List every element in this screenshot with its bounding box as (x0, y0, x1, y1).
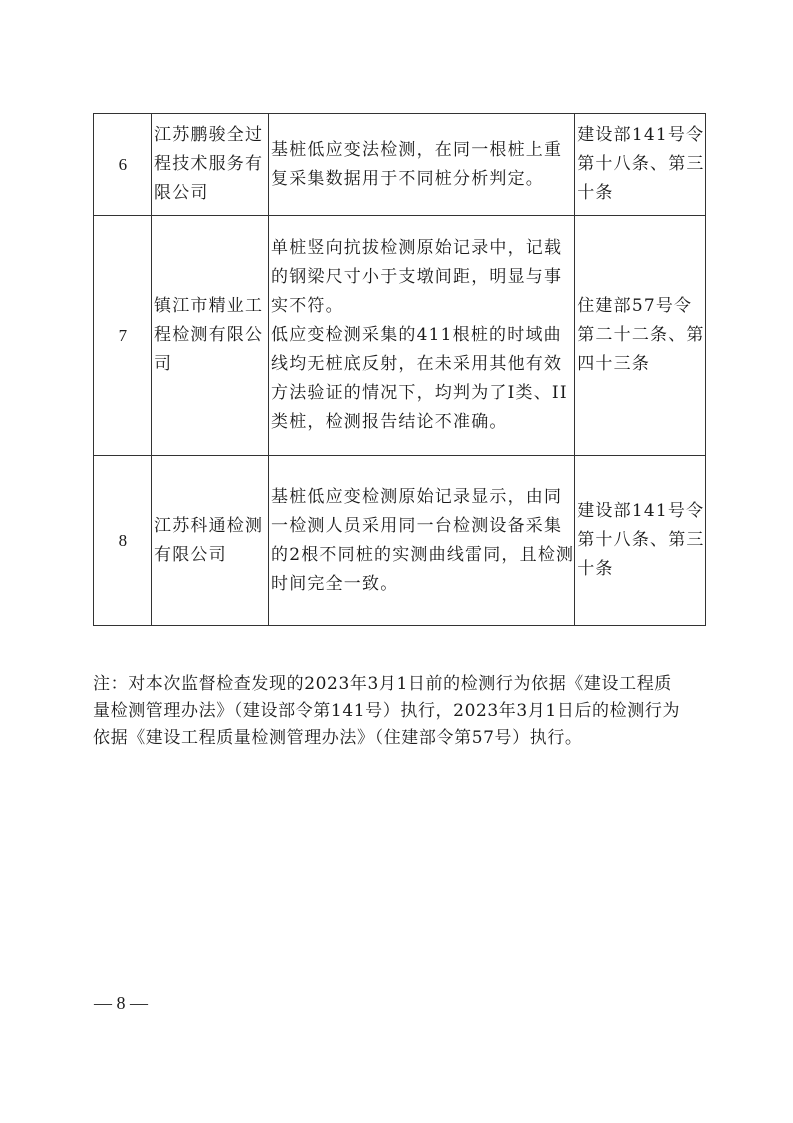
issue-cell: 基桩低应变检测原始记录显示，由同 一检测人员采用同一台检测设备采集 的2根不同桩… (269, 456, 575, 626)
page-number: — 8 — (94, 993, 148, 1014)
issue-line: 低应变检测采集的411根桩的时域曲 (271, 321, 574, 350)
law-line: 四十三条 (577, 350, 704, 379)
company-line: 江苏鹏骏全过 (154, 121, 268, 150)
issue-line: 单桩竖向抗拔检测原始记录中，记载 (271, 234, 574, 263)
issue-line: 基桩低应变检测原始记录显示，由同 (271, 483, 574, 512)
issue-line: 基桩低应变法检测，在同一根桩上重 (271, 136, 574, 165)
company-cell: 镇江市精业工 程检测有限公 司 (152, 216, 269, 456)
footnote-line: 量检测管理办法》（建设部令第141号）执行，2023年3月1日后的检测行为 (93, 698, 713, 725)
issue-cell: 单桩竖向抗拔检测原始记录中，记载 的钢梁尺寸小于支墩间距，明显与事 实不符。 低… (269, 216, 575, 456)
company-cell: 江苏科通检测 有限公司 (152, 456, 269, 626)
company-line: 限公司 (154, 179, 268, 208)
law-line: 第二十二条、第 (577, 321, 704, 350)
table-row: 6 江苏鹏骏全过 程技术服务有 限公司 基桩低应变法检测，在同一根桩上重 复采集… (94, 114, 706, 216)
law-line: 建设部141号令 (577, 497, 704, 526)
row-number: 6 (94, 114, 152, 216)
issue-line: 复采集数据用于不同桩分析判定。 (271, 165, 574, 194)
law-cell: 建设部141号令 第十八条、第三 十条 (575, 456, 705, 626)
issue-line: 的钢梁尺寸小于支墩间距，明显与事 (271, 263, 574, 292)
company-line: 程检测有限公 (154, 321, 268, 350)
row-number: 8 (94, 456, 152, 626)
table-row: 8 江苏科通检测 有限公司 基桩低应变检测原始记录显示，由同 一检测人员采用同一… (94, 456, 706, 626)
footnote: 注：对本次监督检查发现的2023年3月1日前的检测行为依据《建设工程质 量检测管… (93, 671, 713, 752)
issue-cell: 基桩低应变法检测，在同一根桩上重 复采集数据用于不同桩分析判定。 (269, 114, 575, 216)
law-line: 十条 (577, 555, 704, 584)
company-line: 程技术服务有 (154, 150, 268, 179)
footnote-line: 注：对本次监督检查发现的2023年3月1日前的检测行为依据《建设工程质 (93, 671, 713, 698)
company-line: 有限公司 (154, 541, 268, 570)
issue-line: 方法验证的情况下，均判为了I类、II (271, 379, 574, 408)
law-line: 住建部57号令 (577, 292, 704, 321)
violations-table: 6 江苏鹏骏全过 程技术服务有 限公司 基桩低应变法检测，在同一根桩上重 复采集… (93, 113, 706, 626)
law-line: 第十八条、第三 (577, 150, 704, 179)
row-number: 7 (94, 216, 152, 456)
company-line: 江苏科通检测 (154, 512, 268, 541)
issue-line: 的2根不同桩的实测曲线雷同，且检测 (271, 541, 574, 570)
footnote-line: 依据《建设工程质量检测管理办法》（住建部令第57号）执行。 (93, 725, 713, 752)
issue-line: 线均无桩底反射，在未采用其他有效 (271, 350, 574, 379)
issue-line: 一检测人员采用同一台检测设备采集 (271, 512, 574, 541)
issue-line: 实不符。 (271, 292, 574, 321)
law-line: 十条 (577, 179, 704, 208)
company-cell: 江苏鹏骏全过 程技术服务有 限公司 (152, 114, 269, 216)
issue-line: 类桩，检测报告结论不准确。 (271, 408, 574, 437)
table-row: 7 镇江市精业工 程检测有限公 司 单桩竖向抗拔检测原始记录中，记载 的钢梁尺寸… (94, 216, 706, 456)
company-line: 司 (154, 350, 268, 379)
law-line: 第十八条、第三 (577, 526, 704, 555)
law-line: 建设部141号令 (577, 121, 704, 150)
company-line: 镇江市精业工 (154, 292, 268, 321)
issue-line: 时间完全一致。 (271, 570, 574, 599)
law-cell: 住建部57号令 第二十二条、第 四十三条 (575, 216, 705, 456)
law-cell: 建设部141号令 第十八条、第三 十条 (575, 114, 705, 216)
